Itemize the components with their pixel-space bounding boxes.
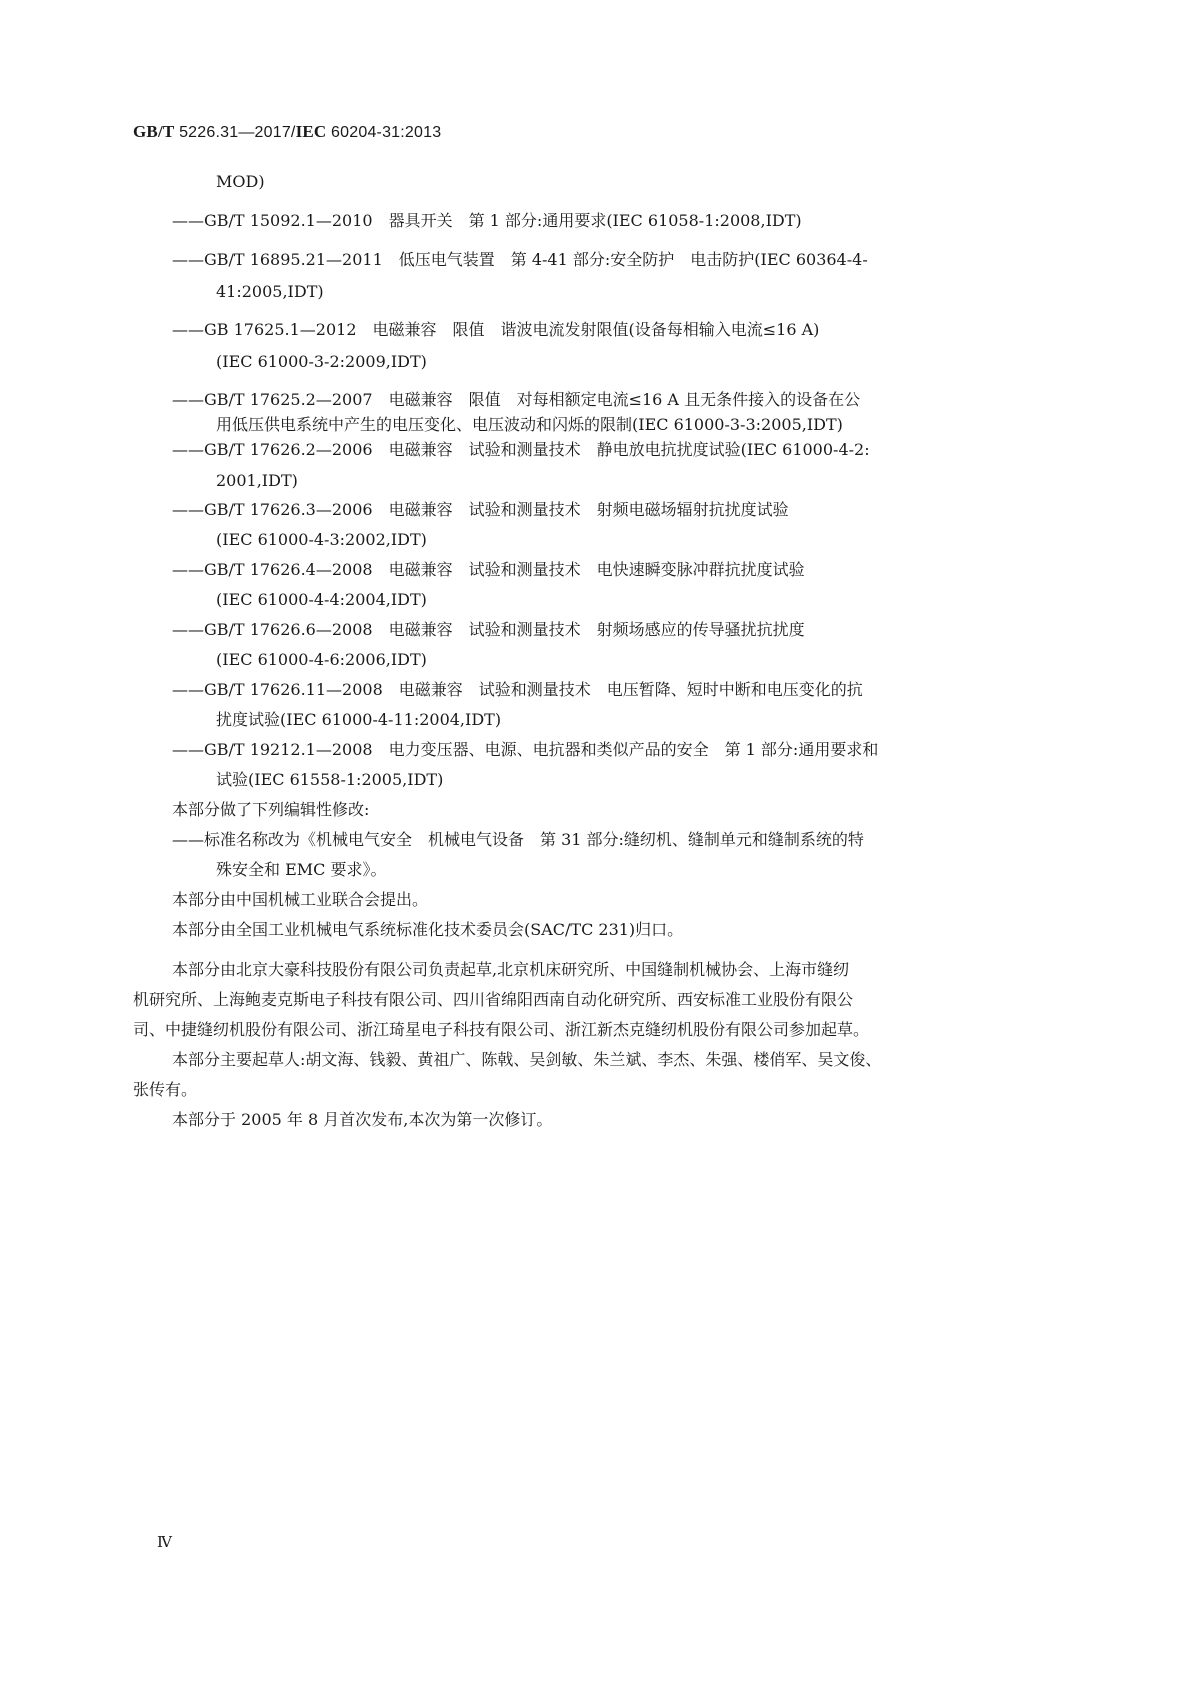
text-line: 本部分由中国机械工业联合会提出。 (172, 890, 428, 910)
text-line: ——GB/T 17626.4—2008 电磁兼容 试验和测量技术 电快速瞬变脉冲… (172, 560, 805, 580)
iec-prefix: IEC (296, 122, 327, 141)
text-line: (IEC 61000-4-4:2004,IDT) (216, 590, 427, 610)
text-line: ——GB/T 17626.3—2006 电磁兼容 试验和测量技术 射频电磁场辐射… (172, 500, 789, 520)
text-line: 本部分做了下列编辑性修改: (172, 800, 369, 820)
text-line: ——GB/T 17626.2—2006 电磁兼容 试验和测量技术 静电放电抗扰度… (172, 440, 870, 460)
text-line: 司、中捷缝纫机股份有限公司、浙江琦星电子科技有限公司、浙江新杰克缝纫机股份有限公… (133, 1020, 869, 1040)
standard-header: GB/T 5226.31—2017/IEC 60204-31:2013 (133, 122, 441, 142)
text-line: ——GB/T 17626.11—2008 电磁兼容 试验和测量技术 电压暂降、短… (172, 680, 863, 700)
text-line: ——GB/T 15092.1—2010 器具开关 第 1 部分:通用要求(IEC… (172, 211, 802, 231)
iec-number: 60204-31:2013 (326, 124, 441, 141)
text-line: ——GB/T 16895.21—2011 低压电气装置 第 4-41 部分:安全… (172, 250, 868, 270)
text-line: 2001,IDT) (216, 471, 298, 491)
text-line: ——标准名称改为《机械电气安全 机械电气设备 第 31 部分:缝纫机、缝制单元和… (172, 830, 864, 850)
std-number: 5226.31—2017/ (174, 124, 295, 141)
text-line: ——GB/T 17626.6—2008 电磁兼容 试验和测量技术 射频场感应的传… (172, 620, 805, 640)
text-line: 用低压供电系统中产生的电压变化、电压波动和闪烁的限制(IEC 61000-3-3… (216, 415, 843, 435)
text-line: 41:2005,IDT) (216, 282, 324, 302)
text-line: 张传有。 (133, 1080, 197, 1100)
text-line: ——GB 17625.1—2012 电磁兼容 限值 谐波电流发射限值(设备每相输… (172, 320, 819, 340)
page-number: Ⅳ (157, 1533, 172, 1551)
text-line: 本部分由北京大豪科技股份有限公司负责起草,北京机床研究所、中国缝制机械协会、上海… (172, 960, 849, 980)
text-line: 殊安全和 EMC 要求》。 (216, 860, 386, 880)
text-line: ——GB/T 19212.1—2008 电力变压器、电源、电抗器和类似产品的安全… (172, 740, 878, 760)
text-line: (IEC 61000-4-3:2002,IDT) (216, 530, 427, 550)
text-line: (IEC 61000-3-2:2009,IDT) (216, 352, 427, 372)
text-line: 试验(IEC 61558-1:2005,IDT) (216, 770, 443, 790)
text-line: 本部分主要起草人:胡文海、钱毅、黄祖广、陈戟、吴剑敏、朱兰斌、李杰、朱强、楼俏军… (172, 1050, 881, 1070)
text-line: MOD) (216, 172, 265, 192)
text-line: 机研究所、上海鲍麦克斯电子科技有限公司、四川省绵阳西南自动化研究所、西安标准工业… (133, 990, 853, 1010)
text-line: ——GB/T 17625.2—2007 电磁兼容 限值 对每相额定电流≤16 A… (172, 390, 860, 410)
text-line: 本部分于 2005 年 8 月首次发布,本次为第一次修订。 (172, 1110, 552, 1130)
text-line: 扰度试验(IEC 61000-4-11:2004,IDT) (216, 710, 501, 730)
std-prefix: GB/T (133, 122, 174, 141)
text-line: (IEC 61000-4-6:2006,IDT) (216, 650, 427, 670)
text-line: 本部分由全国工业机械电气系统标准化技术委员会(SAC/TC 231)归口。 (172, 920, 683, 940)
